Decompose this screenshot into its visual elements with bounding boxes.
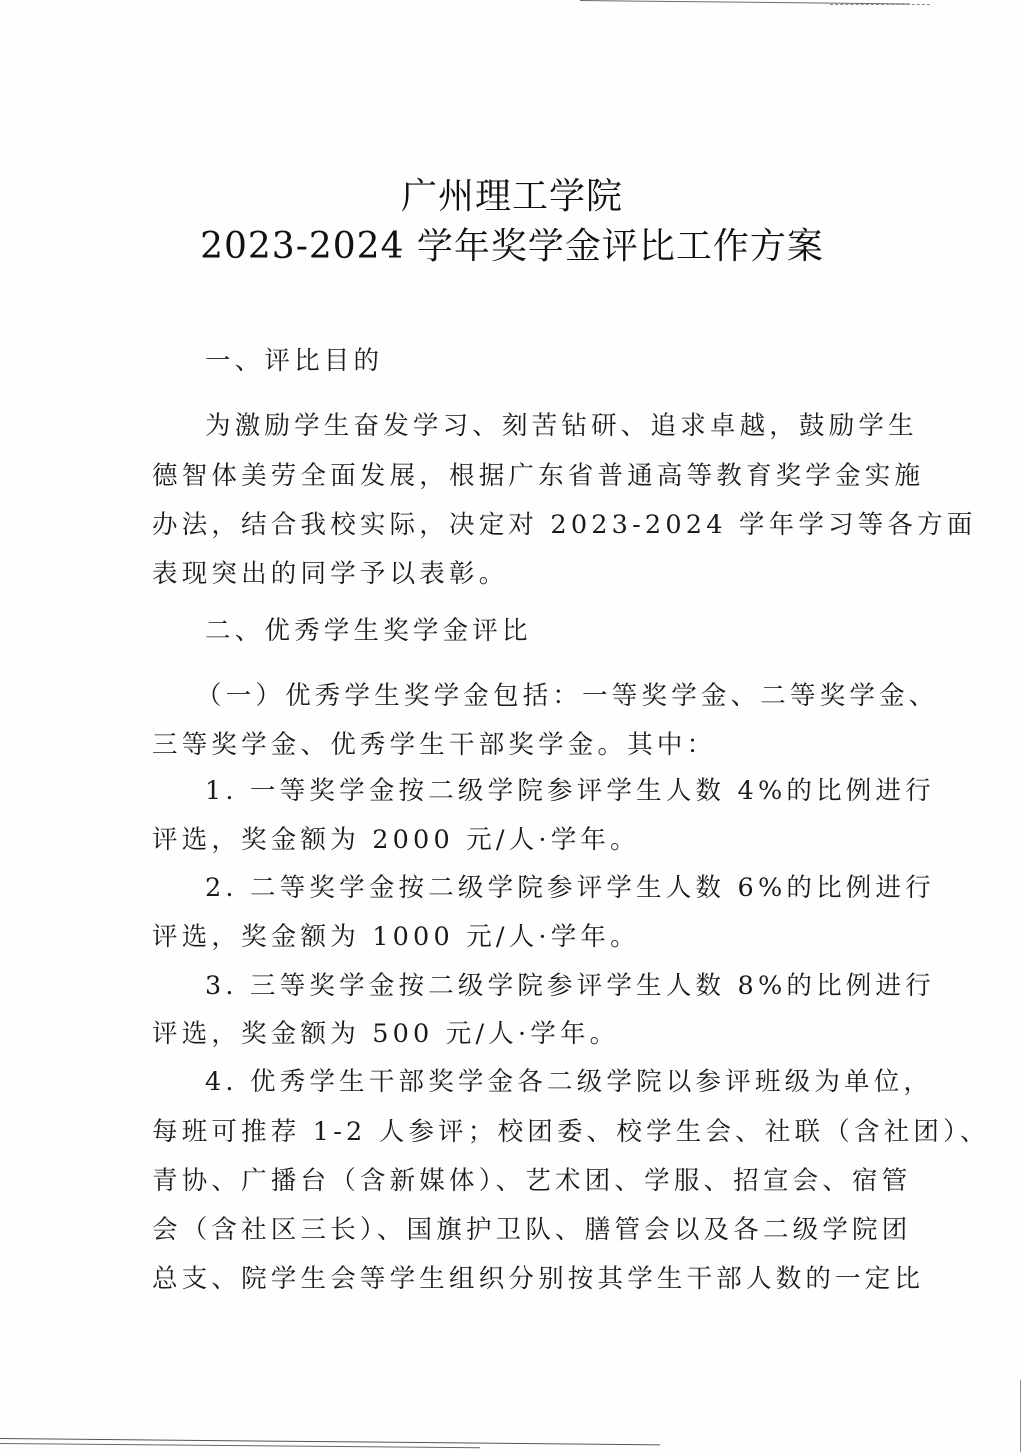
- list-item-first-prize: 1. 一等奖学金按二级学院参评学生人数 4%的比例进行: [205, 771, 872, 807]
- paragraph-line: 评选，奖金额为 1000 元/人·学年。: [152, 917, 872, 953]
- paragraph-line: 为激励学生奋发学习、刻苦钻研、追求卓越，鼓励学生: [205, 406, 872, 442]
- list-item-cadre-prize: 4. 优秀学生干部奖学金各二级学院以参评班级为单位，: [205, 1062, 872, 1098]
- scan-artifact-edge: [1020, 1380, 1021, 1452]
- list-item-third-prize: 3. 三等奖学金按二级学院参评学生人数 8%的比例进行: [205, 966, 872, 1002]
- list-item-second-prize: 2. 二等奖学金按二级学院参评学生人数 6%的比例进行: [205, 868, 872, 904]
- paragraph-line: 表现突出的同学予以表彰。: [152, 554, 872, 590]
- paragraph-line: 评选，奖金额为 500 元/人·学年。: [152, 1014, 872, 1050]
- section-heading-purpose: 一、评比目的: [205, 341, 872, 377]
- paragraph-line: 总支、院学生会等学生组织分别按其学生干部人数的一定比: [152, 1259, 872, 1295]
- paragraph-line: （一）优秀学生奖学金包括：一等奖学金、二等奖学金、: [196, 676, 872, 712]
- document-title-plan: 2023-2024 学年奖学金评比工作方案: [0, 218, 1024, 269]
- paragraph-line: 会（含社区三长）、国旗护卫队、膳管会以及各二级学院团: [152, 1210, 872, 1246]
- document-title-institution: 广州理工学院: [0, 168, 1024, 219]
- paragraph-line: 办法，结合我校实际，决定对 2023-2024 学年学习等各方面: [152, 505, 872, 541]
- paragraph-line: 青协、广播台（含新媒体）、艺术团、学服、招宣会、宿管: [152, 1161, 872, 1197]
- document-page: 广州理工学院 2023-2024 学年奖学金评比工作方案 一、评比目的 为激励学…: [0, 0, 1024, 1452]
- paragraph-line: 每班可推荐 1-2 人参评；校团委、校学生会、社联（含社团）、: [152, 1112, 872, 1148]
- paragraph-line: 三等奖学金、优秀学生干部奖学金。其中：: [152, 725, 872, 761]
- section-heading-scholarship: 二、优秀学生奖学金评比: [205, 611, 872, 647]
- scan-artifact-line: [0, 1443, 480, 1448]
- paragraph-line: 评选，奖金额为 2000 元/人·学年。: [152, 820, 872, 856]
- paragraph-line: 德智体美劳全面发展，根据广东省普通高等教育奖学金实施: [152, 456, 872, 492]
- scan-artifact-line: [830, 4, 930, 5]
